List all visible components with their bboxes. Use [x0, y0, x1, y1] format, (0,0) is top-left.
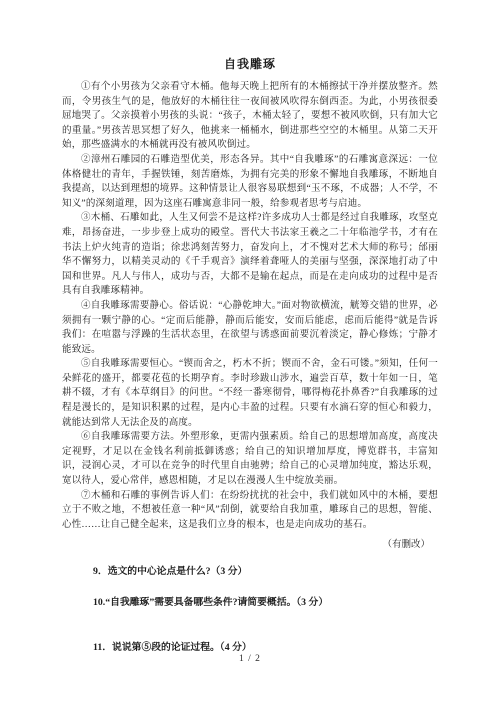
article-paragraph-4: ④自我雕琢需要静心。俗话说：“心静乾坤大。”面对物欲横流，觥筹交错的世界，必须拥… [62, 299, 438, 357]
article-paragraph-7: ⑦木桶和石雕的事例告诉人们：在纷纷扰扰的社会中，我们就如风中的木桶，要想立于不败… [62, 489, 438, 533]
attribution-note: （有删改） [62, 538, 438, 553]
article-paragraph-2: ②漳州石雕园的石雕造型优美，形态各异。其中“自我雕琢”的石雕寓意深远：一位体格健… [62, 153, 438, 211]
question-11: 11．说说第⑤段的论证过程。（4 分） [62, 641, 438, 655]
article-paragraph-1: ①有个小男孩为父亲看守木桶。他每天晚上把所有的木桶擦拭干净并摆放整齐。然而，令男… [62, 80, 438, 153]
article-paragraph-3: ③木桶、石雕如此，人生又何尝不是这样?许多成功人士都是经过自我雕琢，攻坚克难，昂… [62, 211, 438, 299]
page-number: 1 / 2 [0, 654, 500, 664]
article-paragraph-5: ⑤自我雕琢需要恒心。“锲而舍之，朽木不折；锲而不舍，金石可镂。”须知，任何一朵鲜… [62, 357, 438, 430]
question-9: 9．选文的中心论点是什么?（3 分） [62, 565, 438, 579]
question-10: 10.“自我雕琢”需要具备哪些条件?请简要概括。（3 分） [62, 596, 438, 610]
article-body: ①有个小男孩为父亲看守木桶。他每天晚上把所有的木桶擦拭干净并摆放整齐。然而，令男… [62, 80, 438, 532]
article-title: 自我雕琢 [62, 55, 438, 72]
document-page: 自我雕琢 ①有个小男孩为父亲看守木桶。他每天晚上把所有的木桶擦拭干净并摆放整齐。… [0, 0, 500, 708]
article-paragraph-6: ⑥自我雕琢需要方法。外塑形象，更需内强素质。给自己的思想增加高度，高度决定视野，… [62, 430, 438, 488]
